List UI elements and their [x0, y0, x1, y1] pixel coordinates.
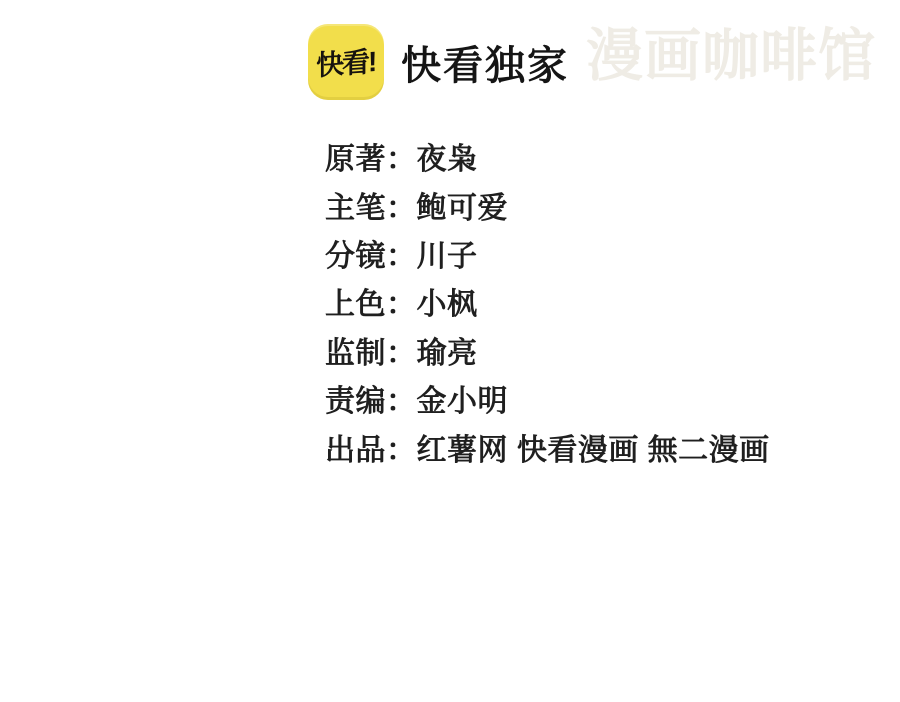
kuaikan-logo-text: 快看!: [316, 40, 375, 84]
credit-label: 出品：: [325, 425, 417, 469]
kuaikan-logo-icon: 快看!: [308, 24, 384, 100]
credit-row-coloring: 上色：小枫: [325, 277, 770, 325]
credit-row-producer: 出品：红薯网 快看漫画 無二漫画: [325, 422, 770, 470]
credit-row-original-author: 原著：夜枭: [325, 132, 770, 180]
credits-list: 原著：夜枭 主笔：鲍可爱 分镜：川子 上色：小枫 监制：瑜亮 责编：金小明 出品…: [325, 132, 770, 471]
watermark-text: 漫画咖啡馆: [586, 10, 876, 92]
header: 快看! 快看独家: [308, 24, 569, 100]
credit-value: 鲍可爱: [417, 183, 509, 227]
credit-label: 上色：: [325, 279, 417, 323]
credit-value: 瑜亮: [417, 328, 478, 372]
credit-label: 分镜：: [325, 231, 417, 275]
credit-row-supervisor: 监制：瑜亮: [325, 326, 770, 374]
comic-credits-page: 漫画咖啡馆 快看! 快看独家 原著：夜枭 主笔：鲍可爱 分镜：川子 上色：小枫 …: [0, 0, 900, 702]
credit-row-editor: 责编：金小明: [325, 374, 770, 422]
credit-label: 原著：: [325, 134, 417, 178]
credit-label: 主笔：: [325, 183, 417, 227]
credit-value: 小枫: [417, 279, 478, 323]
credit-row-lead-artist: 主笔：鲍可爱: [325, 180, 770, 228]
page-title: 快看独家: [401, 34, 569, 91]
credit-value: 金小明: [417, 376, 509, 420]
credit-value: 川子: [417, 231, 478, 275]
credit-value: 红薯网 快看漫画 無二漫画: [417, 425, 770, 469]
credit-label: 责编：: [325, 376, 417, 420]
credit-row-storyboard: 分镜：川子: [325, 229, 770, 277]
credit-value: 夜枭: [417, 134, 478, 178]
credit-label: 监制：: [325, 328, 417, 372]
